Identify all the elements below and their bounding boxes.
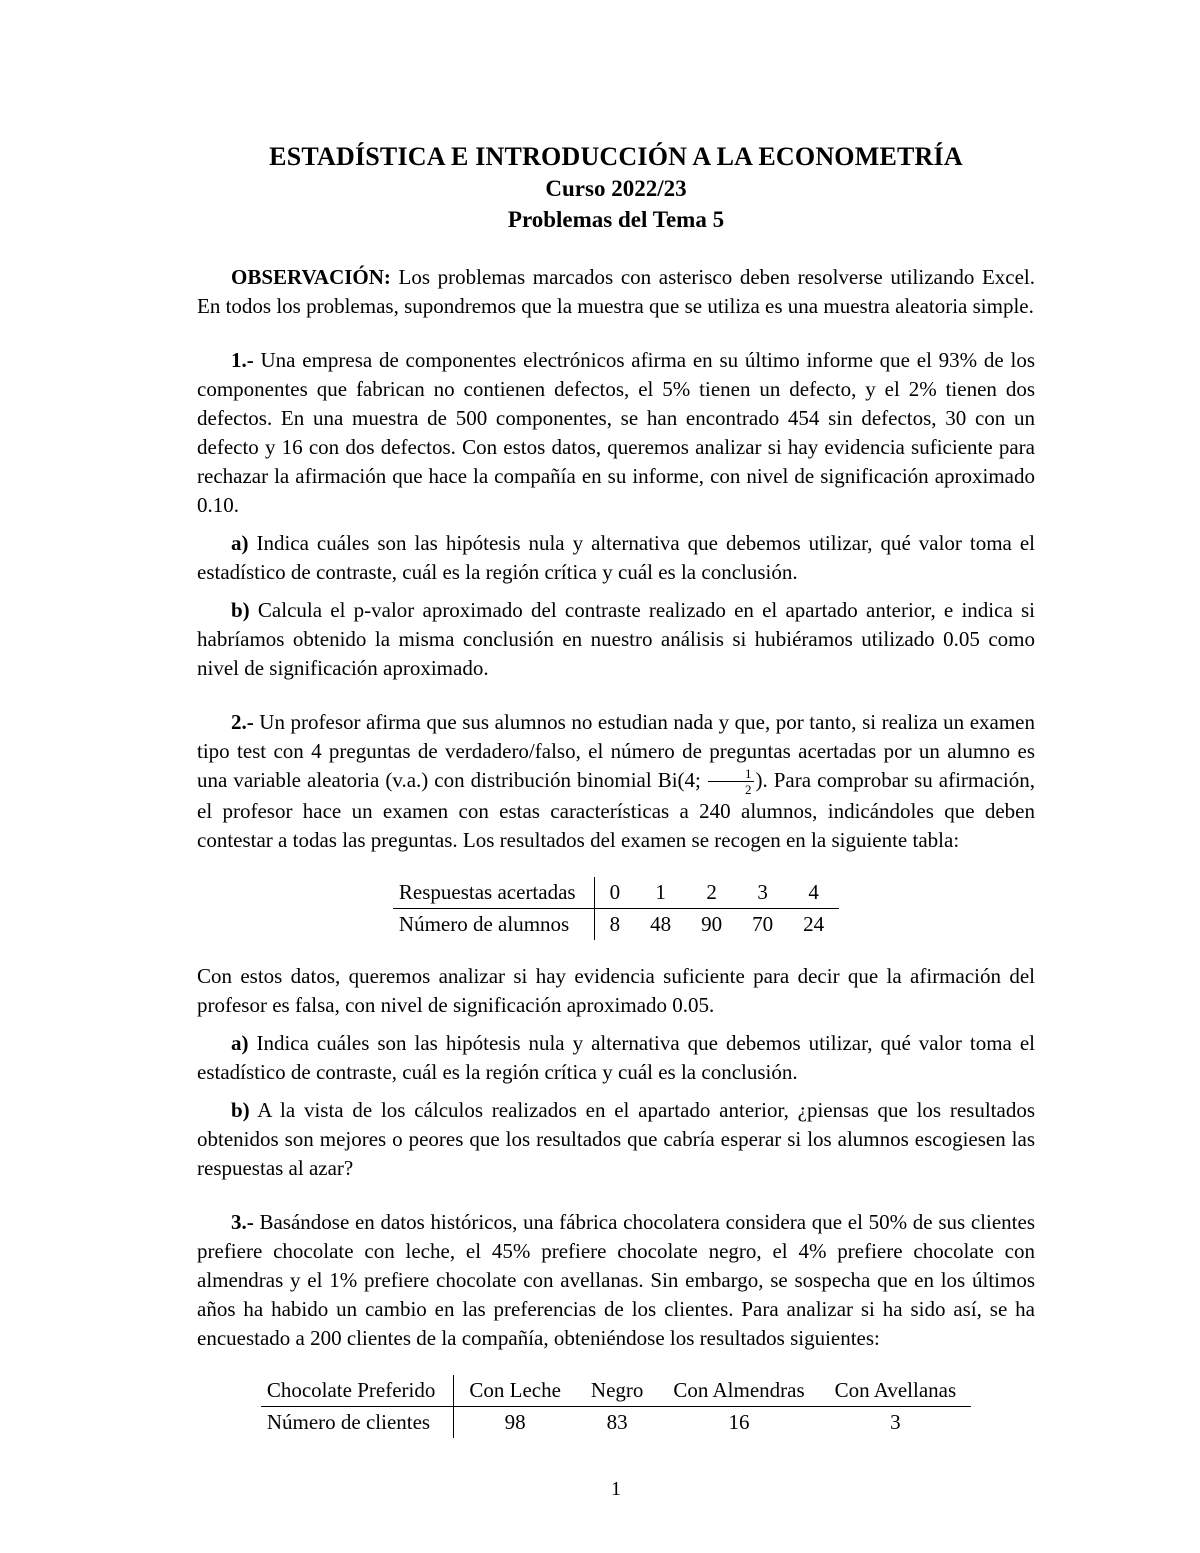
one-half-fraction: 12 <box>708 767 755 797</box>
table-value-cell: 16 <box>658 1406 819 1438</box>
problem-1-part-a-text: Indica cuáles son las hipótesis nula y a… <box>197 531 1035 584</box>
table-value-cell: 24 <box>788 908 839 940</box>
table-header-cell: 2 <box>686 877 737 909</box>
fraction-denominator: 2 <box>708 782 755 797</box>
topic-subtitle: Problemas del Tema 5 <box>197 204 1035 235</box>
document-page: ESTADÍSTICA E INTRODUCCIÓN A LA ECONOMET… <box>0 0 1200 1553</box>
table-value-row: Número de clientes 98 83 16 3 <box>261 1406 971 1438</box>
table-header-cell: 0 <box>594 877 635 909</box>
table-value-cell: 8 <box>594 908 635 940</box>
chocolate-preferences-table: Chocolate Preferido Con Leche Negro Con … <box>261 1375 971 1438</box>
table-header-cell: 4 <box>788 877 839 909</box>
problem-2-part-a: a) Indica cuáles son las hipótesis nula … <box>197 1029 1035 1087</box>
table-header-cell: Con Leche <box>454 1375 576 1407</box>
problem-1-intro-text: Una empresa de componentes electrónicos … <box>197 348 1035 517</box>
table-value-cell: 98 <box>454 1406 576 1438</box>
page-number: 1 <box>197 1478 1035 1501</box>
table-row-label: Chocolate Preferido <box>261 1375 454 1407</box>
problem-1-part-b-label: b) <box>231 598 250 622</box>
observation-paragraph: OBSERVACIÓN: Los problemas marcados con … <box>197 263 1035 321</box>
table-header-cell: Negro <box>576 1375 658 1407</box>
problem-1-part-b: b) Calcula el p-valor aproximado del con… <box>197 596 1035 683</box>
problem-1-part-a-label: a) <box>231 531 249 555</box>
problem-3-intro-text: Basándose en datos históricos, una fábri… <box>197 1210 1035 1350</box>
table-header-cell: 3 <box>737 877 788 909</box>
problem-3-intro: 3.- Basándose en datos históricos, una f… <box>197 1208 1035 1353</box>
problem-3-number: 3.- <box>231 1210 254 1234</box>
table-value-cell: 90 <box>686 908 737 940</box>
problem-2-part-b-text: A la vista de los cálculos realizados en… <box>197 1098 1035 1180</box>
problem-2: 2.- Un profesor afirma que sus alumnos n… <box>197 708 1035 1183</box>
table-value-cell: 83 <box>576 1406 658 1438</box>
table-header-row: Chocolate Preferido Con Leche Negro Con … <box>261 1375 971 1407</box>
table-header-row: Respuestas acertadas 0 1 2 3 4 <box>393 877 839 909</box>
problem-3: 3.- Basándose en datos históricos, una f… <box>197 1208 1035 1438</box>
table-value-cell: 48 <box>635 908 686 940</box>
problem-2-intro: 2.- Un profesor afirma que sus alumnos n… <box>197 708 1035 855</box>
table-row-label: Número de clientes <box>261 1406 454 1438</box>
problem-1-part-b-text: Calcula el p-valor aproximado del contra… <box>197 598 1035 680</box>
table-row-label: Número de alumnos <box>393 908 594 940</box>
document-content: ESTADÍSTICA E INTRODUCCIÓN A LA ECONOMET… <box>197 140 1035 1460</box>
exam-results-table: Respuestas acertadas 0 1 2 3 4 Número de… <box>393 877 839 940</box>
problem-1-part-a: a) Indica cuáles son las hipótesis nula … <box>197 529 1035 587</box>
problem-2-part-a-text: Indica cuáles son las hipótesis nula y a… <box>197 1031 1035 1084</box>
table-header-cell: Con Almendras <box>658 1375 819 1407</box>
problem-2-part-b: b) A la vista de los cálculos realizados… <box>197 1096 1035 1183</box>
table-value-cell: 3 <box>820 1406 972 1438</box>
problem-2-number: 2.- <box>231 710 254 734</box>
problem-1-number: 1.- <box>231 348 254 372</box>
document-header: ESTADÍSTICA E INTRODUCCIÓN A LA ECONOMET… <box>197 140 1035 235</box>
table-row-label: Respuestas acertadas <box>393 877 594 909</box>
table-header-cell: 1 <box>635 877 686 909</box>
table-header-cell: Con Avellanas <box>820 1375 972 1407</box>
table-value-row: Número de alumnos 8 48 90 70 24 <box>393 908 839 940</box>
problem-1: 1.- Una empresa de componentes electróni… <box>197 346 1035 683</box>
document-title: ESTADÍSTICA E INTRODUCCIÓN A LA ECONOMET… <box>197 140 1035 173</box>
problem-2-after-table: Con estos datos, queremos analizar si ha… <box>197 962 1035 1020</box>
problem-2-part-b-label: b) <box>231 1098 250 1122</box>
problem-1-intro: 1.- Una empresa de componentes electróni… <box>197 346 1035 520</box>
observation-label: OBSERVACIÓN: <box>231 265 391 289</box>
table-value-cell: 70 <box>737 908 788 940</box>
problem-2-part-a-label: a) <box>231 1031 249 1055</box>
course-subtitle: Curso 2022/23 <box>197 173 1035 204</box>
fraction-numerator: 1 <box>708 767 755 783</box>
